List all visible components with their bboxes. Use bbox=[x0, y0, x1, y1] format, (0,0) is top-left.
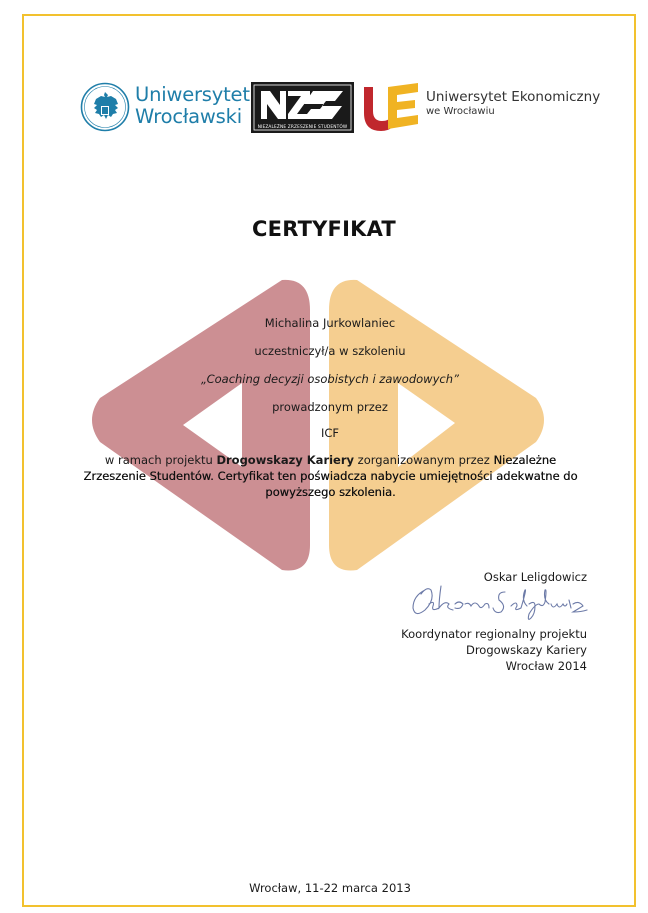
participation-text: uczestniczył/a w szkoleniu bbox=[0, 344, 648, 358]
uwr-line2: Wrocławski bbox=[135, 106, 250, 128]
uwr-logo-text: Uniwersytet Wrocławski bbox=[135, 84, 250, 128]
led-by-label: prowadzonym przez bbox=[0, 400, 648, 414]
certificate-description: w ramach projektu Drogowskazy Kariery zo… bbox=[78, 452, 583, 500]
footer-dates: Wrocław, 11-22 marca 2013 bbox=[0, 881, 648, 895]
ue-logo-text: Uniwersytet Ekonomiczny we Wrocławiu bbox=[426, 89, 600, 118]
ue-sub: we Wrocławiu bbox=[426, 105, 600, 118]
course-title: „Coaching decyzji osobistych i zawodowyc… bbox=[0, 372, 648, 386]
ue-name: Uniwersytet Ekonomiczny bbox=[426, 89, 600, 105]
signatory-project: Drogowskazy Kariery bbox=[466, 643, 587, 657]
certificate-title: CERTYFIKAT bbox=[0, 217, 648, 241]
nzs-caption: NIEZALEŻNE ZRZESZENIE STUDENTÓW bbox=[251, 125, 354, 130]
eagle-emblem-icon bbox=[80, 82, 130, 132]
nzs-logo-icon: NIEZALEŻNE ZRZESZENIE STUDENTÓW bbox=[251, 82, 354, 133]
desc-part1: w ramach projektu bbox=[105, 453, 217, 467]
ue-logo-icon bbox=[364, 83, 420, 131]
signatory-place-year: Wrocław 2014 bbox=[506, 659, 587, 673]
project-name: Drogowskazy Kariery bbox=[216, 453, 354, 467]
signatory-role: Koordynator regionalny projektu bbox=[401, 627, 587, 641]
handwritten-signature bbox=[405, 582, 590, 622]
trainer-name: ICF bbox=[0, 426, 648, 440]
uwr-line1: Uniwersytet bbox=[135, 84, 250, 106]
recipient-name: Michalina Jurkowlaniec bbox=[0, 316, 648, 330]
desc-part2: zorganizowanym przez bbox=[354, 453, 493, 467]
